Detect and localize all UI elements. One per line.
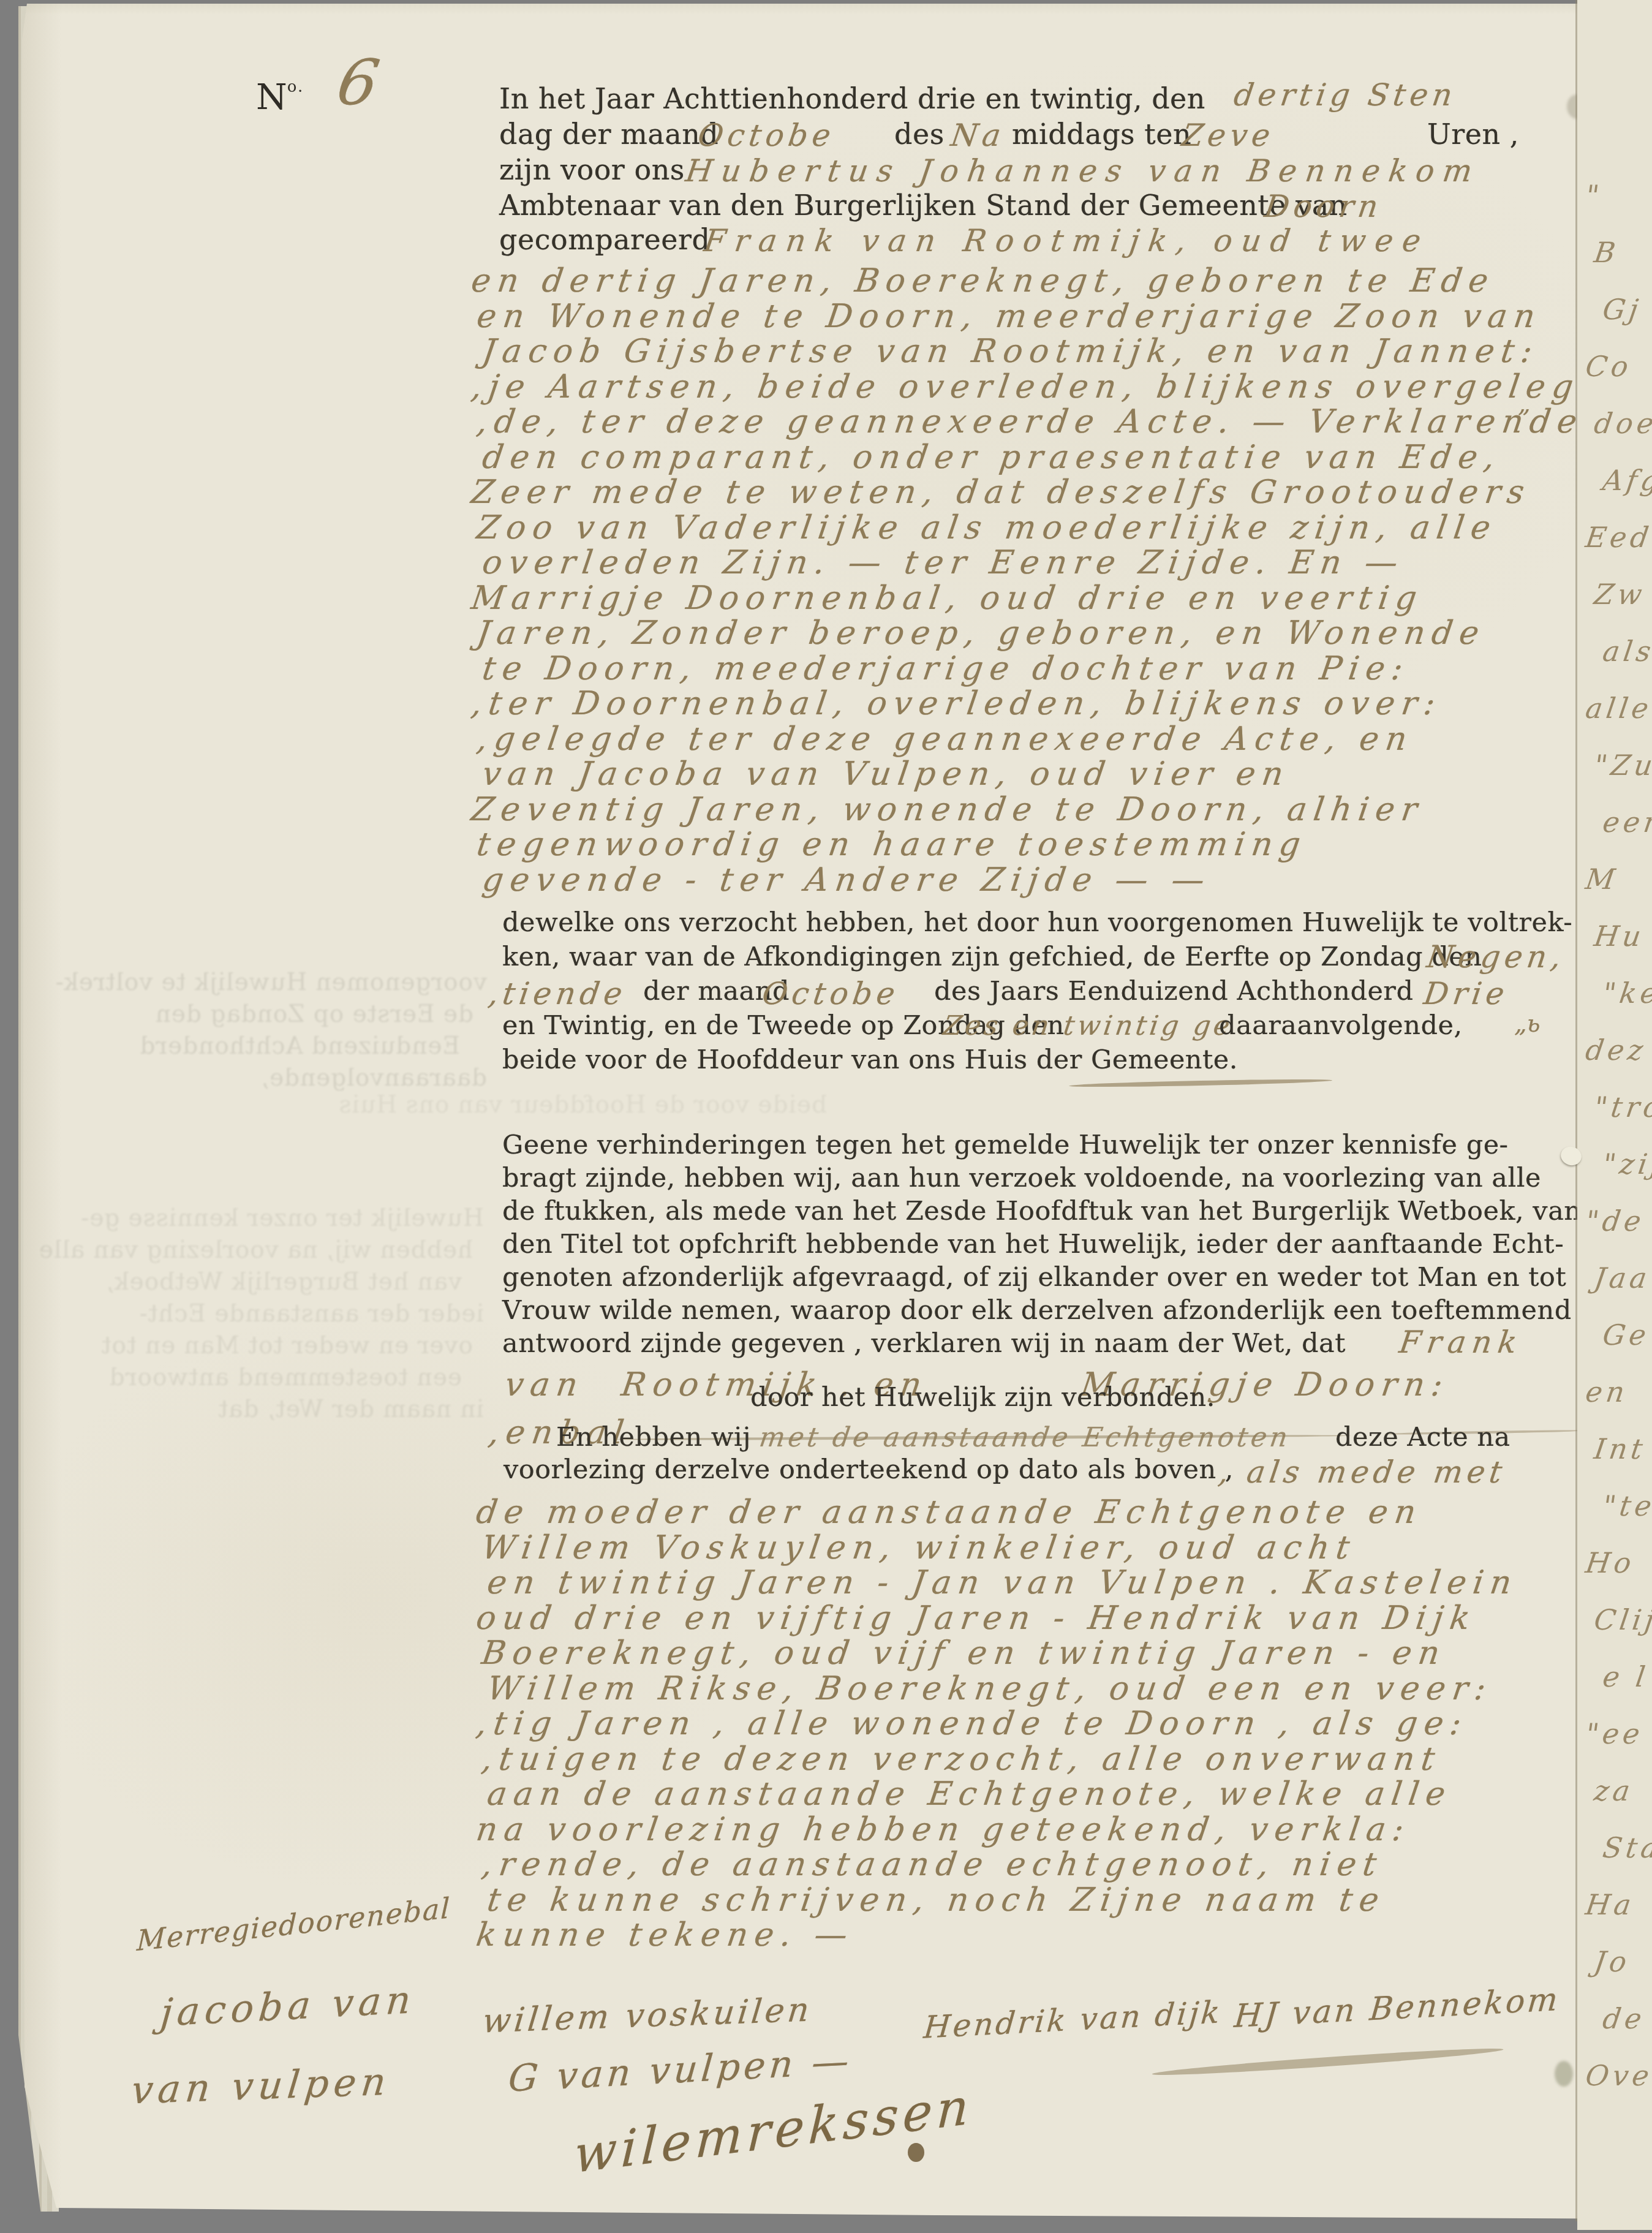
handwritten-line: en Wonende te Doorn, meerderjarige Zoon … [475, 298, 1544, 335]
clipped-handwriting-fragment: Gj [1601, 293, 1644, 326]
signature-flourish-stroke [1152, 2045, 1504, 2079]
handwritten-line: te kunne schrijven, noch Zijne naam te [485, 1881, 1388, 1919]
signature-witness-vandijk: Hendrik van dijk [922, 1994, 1224, 2046]
handwritten-line: ,je Aartsen, beide overleden, blijkens o… [469, 368, 1600, 406]
bleedthrough-line: in naam der Wet, dat [218, 1396, 484, 1423]
handwritten-line: ,rende, de aanstaande echtgenoot, niet [480, 1846, 1386, 1883]
handwritten-line: en dertig Jaren, Boereknegt, geboren te … [469, 262, 1498, 300]
handwritten-line: tegenwoordig en haare toestemming [475, 826, 1310, 863]
handwritten-line: Boereknegt, oud vijf en twintig Jaren - … [480, 1634, 1449, 1672]
bleedthrough-line: hebben wij, na voorlezing van alle [39, 1236, 473, 1264]
bleedthrough-line: Huwelijk ter onzer kennisse ge- [80, 1204, 484, 1232]
clipped-handwriting-fragment: M [1583, 863, 1621, 896]
bleedthrough-line: over en weder tot Man en tot [101, 1332, 473, 1359]
signature-mother-line1: jacoba van [159, 1977, 417, 2035]
clipped-handwriting-fragment: Afg [1601, 464, 1652, 497]
signature-witness-voskuilen: willem voskuilen [481, 1990, 814, 2040]
signature-witness-vanvulpen: G van vulpen — [507, 2039, 854, 2101]
clipped-handwriting-fragment: "de [1583, 1204, 1646, 1237]
handwritten-line: Willem Voskuylen, winkelier, oud acht [480, 1529, 1359, 1566]
clipped-handwriting-fragment: en [1583, 1375, 1630, 1408]
bleedthrough-line: een toestemmend antwoord [109, 1364, 462, 1391]
printed-line: den Titel tot opfchrift hebbende van het… [502, 1229, 1564, 1260]
bleedthrough-line: Eenduizend Achthonderd [140, 1032, 461, 1060]
signature-officiant: HJ van Bennekom [1233, 1981, 1562, 2035]
intro-line-4: Ambtenaar van den Burgerlijken Stand der… [18, 189, 1652, 225]
clipped-handwriting-fragment: Zw [1592, 578, 1648, 611]
clipped-handwriting-fragment: de [1601, 2002, 1647, 2035]
handwritten-line: Willem Rikse, Boereknegt, oud een en vee… [485, 1670, 1495, 1707]
stain-mark [1555, 2061, 1573, 2087]
printed-line: Geene verhinderingen tegen het gemelde H… [502, 1130, 1509, 1160]
handwritten-line: ,de, ter deze geannexeerde Acte. — Verkl… [475, 403, 1586, 440]
intro-line-3: zijn voor ons Hubertus Johannes van Benn… [18, 153, 1652, 190]
handwritten-line: Jaren, Zonder beroep, geboren, en Wonend… [475, 614, 1488, 652]
handwritten-line: Marrigje Doornenbal, oud drie en veertig [469, 580, 1426, 617]
handwritten-line: van Jacoba van Vulpen, oud vier en [480, 755, 1292, 793]
handwritten-line: ,gelegde ter deze geannexeerde Acte, en [475, 720, 1416, 758]
bond-line: door het Huwelijk zijn verbonden. [750, 1382, 1215, 1413]
handwritten-line: gevende - ter Andere Zijde — — [480, 861, 1213, 899]
clipped-handwriting-fragment: alle [1583, 692, 1652, 725]
clipped-handwriting-fragment: als [1601, 635, 1652, 668]
clipped-handwriting-fragment: Jo [1592, 1945, 1632, 1978]
clipped-handwriting-fragment: "zij [1601, 1147, 1652, 1181]
bleedthrough-line: voorgenomen Huwelijk te voltrek- [55, 969, 487, 996]
bleedthrough-line: de Eerste op Zondag den [155, 1000, 473, 1028]
handwritten-line: ,tig Jaren , alle wonende te Doorn , als… [474, 1705, 1471, 1742]
handwritten-line: Zeventig Jaren, wonende te Doorn, alhier [469, 791, 1427, 828]
clipped-handwriting-fragment: Sta [1601, 1831, 1652, 1864]
clipped-handwriting-fragment: B [1592, 236, 1621, 269]
clipped-handwriting-fragment: za [1592, 1774, 1635, 1807]
clipped-handwriting-fragment: "ee [1583, 1717, 1645, 1750]
clipped-handwriting-fragment: een [1601, 806, 1652, 839]
margin-pen-mark: „ [1518, 390, 1531, 418]
bleedthrough-line: daaraanvolgende, [261, 1064, 487, 1092]
handwritten-line: Zeer mede te weten, dat deszelfs Grootou… [469, 474, 1534, 511]
handwritten-line: na voorlezing hebben geteekend, verkla: [474, 1811, 1413, 1848]
banns-line-1: dewelke ons verzocht hebben, het door hu… [18, 907, 1652, 944]
bleedthrough-cluster-b: Huwelijk ter onzer kennisse ge-hebben wi… [55, 1204, 484, 1437]
adjacent-page-strip: "BGjCodoeAfgEedZwalsalle"ZueenMHu"kedez"… [1577, 0, 1652, 2230]
bleedthrough-cluster-c: beide voor de Hoofddeur van ons Huis [447, 1091, 827, 1122]
clipped-handwriting-fragment: "ter [1601, 1489, 1652, 1522]
clipped-handwriting-fragment: Ge [1601, 1318, 1652, 1351]
bleedthrough-line: beide voor de Hoofddeur van ons Huis [339, 1091, 827, 1119]
bleedthrough-line: ieder der aanstaande Echt- [139, 1300, 484, 1328]
intro-line-1: In het Jaar Achttienhonderd drie en twin… [18, 82, 1652, 119]
clipped-handwriting-fragment: "ke [1601, 977, 1652, 1010]
handwritten-line: oud drie en vijftig Jaren - Hendrik van … [474, 1600, 1479, 1637]
scanned-marriage-record: No. 6 In het Jaar Achttienhonderd drie e… [0, 0, 1652, 2233]
handwritten-line: en twintig Jaren - Jan van Vulpen . Kast… [485, 1564, 1521, 1601]
handwritten-line: den comparant, onder praesentatie van Ed… [480, 439, 1504, 476]
intro-line-2: dag der maand Octobe des Na middags ten … [18, 118, 1652, 154]
clipped-handwriting-fragment: Ho [1583, 1546, 1637, 1579]
intro-line-5: gecompareerd Frank van Rootmijk, oud twe… [18, 223, 1652, 260]
handwritten-line: te Doorn, meederjarige dochter van Pie: [480, 650, 1412, 687]
signature-bride: Merregiedoorenebal [136, 1891, 451, 1957]
clipped-handwriting-fragment: Int [1592, 1432, 1648, 1465]
bleedthrough-cluster-a: voorgenomen Huwelijk te voltrek-de Eerst… [89, 969, 487, 1097]
handwritten-line: kunne tekene. — [474, 1916, 857, 1954]
clipped-handwriting-fragment: Jaa [1592, 1261, 1652, 1294]
clipped-handwriting-fragment: Co [1583, 350, 1634, 383]
clipped-handwriting-fragment: doe [1592, 407, 1652, 440]
clipped-handwriting-fragment: Eed [1583, 521, 1652, 554]
printed-line: de ftukken, als mede van het Zesde Hoofd… [502, 1196, 1581, 1226]
clipped-handwriting-fragment: e l [1601, 1660, 1651, 1693]
closing-line-2: voorlezing derzelve onderteekend op dato… [18, 1454, 1652, 1491]
clipped-handwriting-fragment: Clij [1592, 1603, 1652, 1636]
handwritten-line: ,ter Doornenbal, overleden, blijkens ove… [469, 685, 1444, 722]
record-page: No. 6 In het Jaar Achttienhonderd drie e… [18, 4, 1652, 2219]
margin-pen-mark: „ь [1514, 1010, 1541, 1038]
clipped-handwriting-fragment: Hu [1592, 920, 1646, 953]
clipped-handwriting-fragment: dez [1583, 1033, 1648, 1067]
ink-blot [908, 2143, 924, 2162]
handwritten-line: ,tuigen te dezen verzocht, alle onverwan… [480, 1740, 1444, 1778]
handwritten-line: Zoo van Vaderlijke als moederlijke zijn,… [475, 509, 1499, 546]
clipped-handwriting-fragment: "Zu [1592, 749, 1652, 782]
clipped-handwriting-fragment: "tro [1592, 1090, 1652, 1124]
clipped-handwriting-fragment: Ove [1583, 2059, 1652, 2092]
handwritten-line: Jacob Gijsbertse van Rootmijk, en van Ja… [480, 333, 1542, 370]
signature-mother-line2: van vulpen [129, 2058, 393, 2112]
handwritten-line: de moeder der aanstaande Echtgenote en [474, 1494, 1425, 1531]
printed-line: genoten afzonderlijk afgevraagd, of zij … [502, 1262, 1566, 1293]
handwritten-line: overleden Zijn. — ter Eenre Zijde. En — [480, 544, 1407, 581]
clipped-handwriting-fragment: " [1583, 179, 1605, 212]
handwritten-line: aan de aanstaande Echtgenote, welke alle [485, 1775, 1455, 1813]
printed-line: bragt zijnde, hebben wij, aan hun verzoe… [502, 1163, 1541, 1193]
bleedthrough-line: van het Burgerlijk Wetboek, [106, 1268, 462, 1296]
clipped-handwriting-fragment: Ha [1583, 1888, 1637, 1921]
